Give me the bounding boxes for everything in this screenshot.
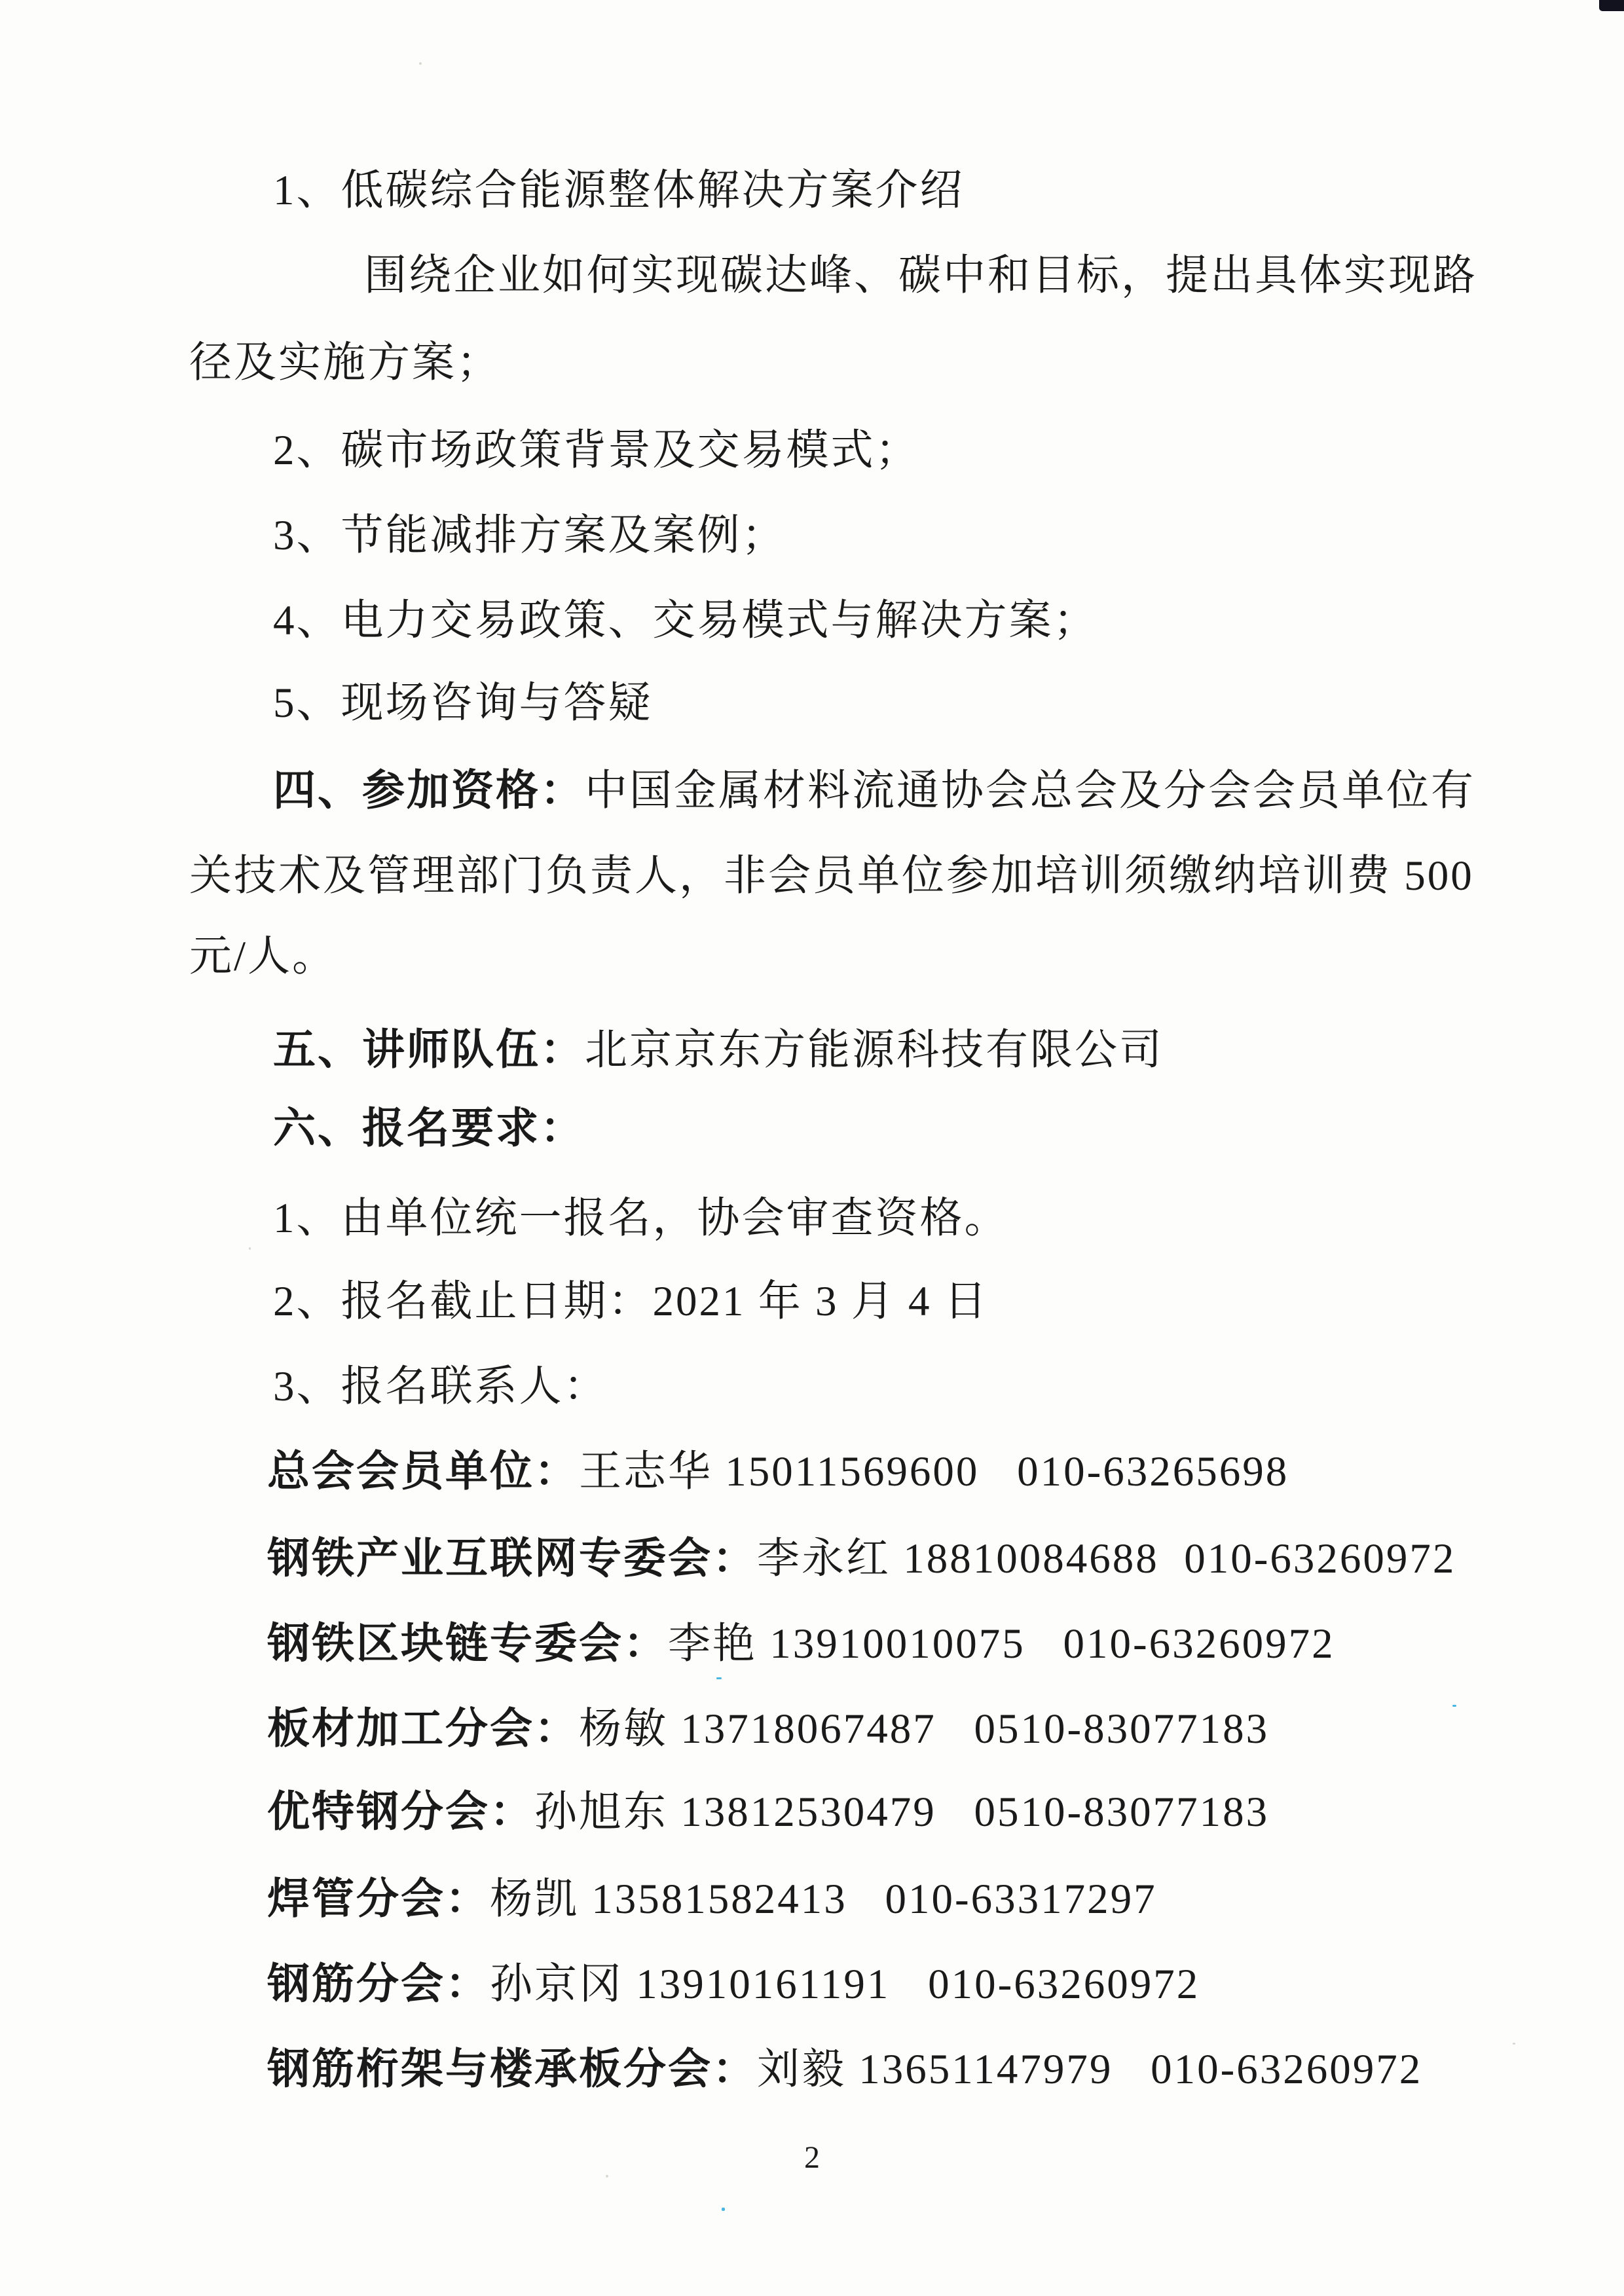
line-text-segment: 中国金属材料流通协会总会及分会会员单位有: [585, 767, 1475, 814]
contact-sheet-processing-branch: 板材加工分会：杨敏 13718067487 0510-83077183: [267, 1707, 1269, 1751]
contact-headquarters-members: 总会会员单位：王志华 15011569600 010-63265698: [267, 1449, 1289, 1493]
contact-special-steel-branch: 优特钢分会：孙旭东 13812530479 0510-83077183: [267, 1790, 1269, 1834]
line-text-segment: 3、节能减排方案及案例；: [273, 512, 786, 559]
contact-prefix-segment: 板材加工分会：: [267, 1704, 579, 1752]
agenda-item-1: 1、低碳综合能源整体解决方案介绍: [273, 168, 965, 212]
section-registration-requirements: 六、报名要求：: [273, 1106, 585, 1150]
contact-truss-deck-branch: 钢筋桁架与楼承板分会：刘毅 13651147979 010-63260972: [267, 2047, 1422, 2091]
contact-prefix-segment: 焊管分会：: [267, 1874, 490, 1922]
participation-qualification-continued-2: 元/人。: [189, 934, 337, 978]
section-participation-qualification: 四、参加资格：中国金属材料流通协会总会及分会会员单位有: [273, 769, 1475, 812]
registration-item-2-deadline: 2、报名截止日期：2021 年 3 月 4 日: [273, 1279, 989, 1323]
registration-item-3-contacts: 3、报名联系人：: [273, 1364, 608, 1408]
scan-speck: [419, 62, 422, 65]
scan-speck: [716, 1677, 722, 1679]
line-text-segment: 5、现场咨询与答疑: [273, 680, 653, 727]
agenda-item-3: 3、节能减排方案及案例；: [273, 513, 786, 557]
contact-info-segment: 杨敏 13718067487 0510-83077183: [579, 1705, 1269, 1753]
contact-prefix-segment: 优特钢分会：: [267, 1787, 534, 1835]
line-text-segment: 1、低碳综合能源整体解决方案介绍: [273, 167, 965, 214]
line-text-segment: 2、报名截止日期：2021 年 3 月 4 日: [273, 1278, 989, 1325]
contact-prefix-segment: 钢筋分会：: [267, 1959, 490, 2007]
section-heading-segment: 五、讲师队伍：: [273, 1025, 585, 1073]
agenda-item-2: 2、碳市场政策背景及交易模式；: [273, 428, 920, 472]
contact-info-segment: 王志华 15011569600 010-63265698: [579, 1448, 1289, 1495]
participation-qualification-continued: 关技术及管理部门负责人，非会员单位参加培训须缴纳培训费 500: [189, 854, 1474, 898]
line-text-segment: 4、电力交易政策、交易模式与解决方案；: [273, 597, 1098, 644]
contact-prefix-segment: 钢铁区块链专委会：: [267, 1619, 668, 1667]
section-heading-segment: 六、报名要求：: [273, 1104, 585, 1152]
line-text-segment: 径及实施方案；: [189, 339, 501, 386]
scan-corner-artifact: [1599, 0, 1624, 11]
contact-info-segment: 刘毅 13651147979 010-63260972: [757, 2046, 1422, 2093]
contact-steel-industry-internet-committee: 钢铁产业互联网专委会：李永红 18810084688 010-63260972: [267, 1537, 1456, 1580]
agenda-item-1-detail: 围绕企业如何实现碳达峰、碳中和目标，提出具体实现路: [364, 253, 1477, 297]
agenda-item-5: 5、现场咨询与答疑: [273, 681, 653, 725]
scan-speck: [249, 1247, 251, 1250]
line-text-segment: 关技术及管理部门负责人，非会员单位参加培训须缴纳培训费 500: [189, 852, 1474, 900]
page-number: 2: [0, 2142, 1624, 2174]
contact-prefix-segment: 总会会员单位：: [267, 1447, 579, 1495]
contact-prefix-segment: 钢筋桁架与楼承板分会：: [267, 2045, 757, 2092]
contact-info-segment: 孙旭东 13812530479 0510-83077183: [534, 1789, 1269, 1836]
scan-speck: [1452, 1705, 1456, 1707]
contact-welded-pipe-branch: 焊管分会：杨凯 13581582413 010-63317297: [267, 1877, 1157, 1921]
line-text-segment: 围绕企业如何实现碳达峰、碳中和目标，提出具体实现路: [364, 252, 1477, 299]
scan-speck: [606, 2175, 608, 2178]
contact-prefix-segment: 钢铁产业互联网专委会：: [267, 1534, 757, 1582]
scan-speck: [722, 2208, 725, 2211]
section-heading-segment: 四、参加资格：: [273, 766, 585, 814]
section-lecturer-team: 五、讲师队伍：北京京东方能源科技有限公司: [273, 1028, 1164, 1072]
line-text-segment: 3、报名联系人：: [273, 1363, 608, 1410]
registration-item-1: 1、由单位统一报名，协会审查资格。: [273, 1196, 1009, 1240]
contact-rebar-branch: 钢筋分会：孙京冈 13910161191 010-63260972: [267, 1962, 1200, 2006]
agenda-item-4: 4、电力交易政策、交易模式与解决方案；: [273, 598, 1098, 642]
contact-info-segment: 孙京冈 13910161191 010-63260972: [490, 1961, 1200, 2008]
contact-info-segment: 李永红 18810084688 010-63260972: [757, 1535, 1456, 1582]
line-text-segment: 北京京东方能源科技有限公司: [585, 1027, 1164, 1074]
line-text-segment: 2、碳市场政策背景及交易模式；: [273, 427, 920, 474]
scan-speck: [1513, 2043, 1515, 2045]
agenda-item-1-detail-continued: 径及实施方案；: [189, 340, 501, 384]
line-text-segment: 1、由单位统一报名，协会审查资格。: [273, 1195, 1009, 1242]
line-text-segment: 元/人。: [189, 933, 337, 980]
contact-info-segment: 杨凯 13581582413 010-63317297: [490, 1876, 1157, 1923]
contact-steel-blockchain-committee: 钢铁区块链专委会：李艳 13910010075 010-63260972: [267, 1622, 1335, 1666]
scanned-document-page: 1、低碳综合能源整体解决方案介绍 围绕企业如何实现碳达峰、碳中和目标，提出具体实…: [0, 0, 1624, 2296]
contact-info-segment: 李艳 13910010075 010-63260972: [668, 1620, 1335, 1667]
